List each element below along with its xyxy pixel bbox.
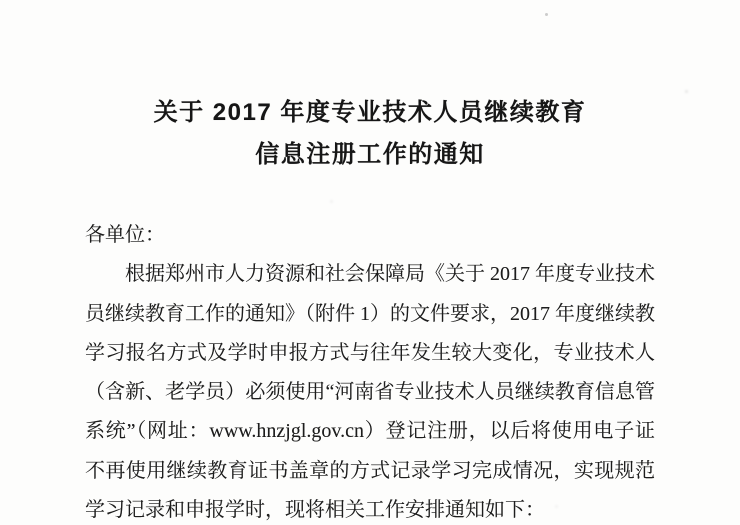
scanned-notice-page: 关于 2017 年度专业技术人员继续教育 信息注册工作的通知 各单位： 根据郑州… (0, 0, 740, 525)
document-title: 关于 2017 年度专业技术人员继续教育 信息注册工作的通知 (0, 88, 740, 172)
body-line-5: 系统”（网址：www.hnzjgl.gov.cn）登记注册，以后将使用电子证书， (85, 412, 655, 451)
body-line-1: 根据郑州市人力资源和社会保障局《关于 2017 年度专业技术人 (85, 255, 655, 294)
title-line-1: 关于 2017 年度专业技术人员继续教育 (0, 88, 740, 130)
body-line-6: 不再使用继续教育证书盖章的方式记录学习完成情况，实现规范上传 (85, 452, 655, 491)
title-line-2: 信息注册工作的通知 (0, 130, 740, 172)
document-body: 各单位： 根据郑州市人力资源和社会保障局《关于 2017 年度专业技术人 员继续… (85, 216, 655, 525)
body-line-7: 学习记录和申报学时，现将相关工作安排通知如下： (85, 491, 655, 525)
body-line-2: 员继续教育工作的通知》（附件 1）的文件要求，2017 年度继续教育 (85, 295, 655, 334)
body-line-3: 学习报名方式及学时申报方式与往年发生较大变化，专业技术人员 (85, 334, 655, 373)
salutation: 各单位： (85, 216, 655, 255)
body-line-4: （含新、老学员）必须使用“河南省专业技术人员继续教育信息管理 (85, 373, 655, 412)
